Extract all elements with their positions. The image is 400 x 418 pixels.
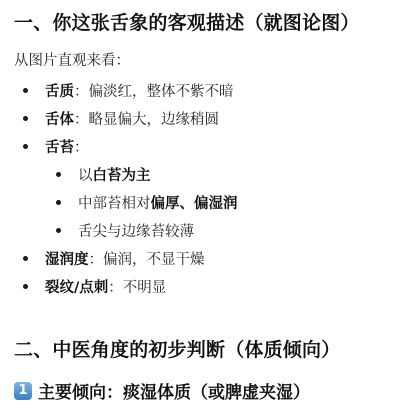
bullet-icon <box>56 228 61 233</box>
bullet-icon <box>23 116 28 121</box>
keycap-one-icon: 1 <box>14 382 32 400</box>
section-2-title: 二、中医角度的初步判断（体质倾向） <box>14 335 340 362</box>
sub-list-item: 中部苔相对偏厚、偏湿润 <box>78 192 238 213</box>
bullet-icon <box>23 284 28 289</box>
bullet-icon <box>23 144 28 149</box>
list-item: 舌体：略显偏大，边缘稍圆 <box>45 108 219 129</box>
list-item: 舌苔： <box>45 136 89 157</box>
bullet-icon <box>56 200 61 205</box>
list-item: 湿润度：偏润，不显干燥 <box>45 248 205 269</box>
subheading: 1 主要倾向：痰湿体质（或脾虚夹湿） <box>14 378 310 403</box>
bullet-icon <box>56 172 61 177</box>
sub-list-item: 以白苔为主 <box>78 164 151 185</box>
section-1-title: 一、你这张舌象的客观描述（就图论图） <box>14 8 360 35</box>
intro-text: 从图片直观来看： <box>14 49 130 70</box>
list-item: 裂纹/点刺：不明显 <box>45 276 166 297</box>
list-item: 舌质：偏淡红，整体不紫不暗 <box>45 80 234 101</box>
bullet-icon <box>23 88 28 93</box>
sub-list-item: 舌尖与边缘苔较薄 <box>78 220 194 241</box>
bullet-icon <box>23 256 28 261</box>
